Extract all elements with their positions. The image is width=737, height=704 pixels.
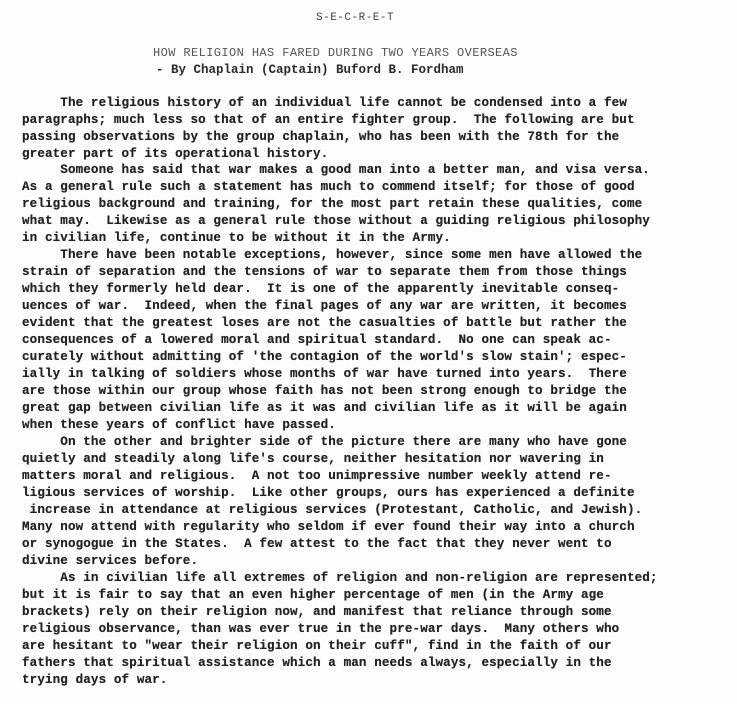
text-line: divine services before. [22,554,198,568]
text-line: in civilian life, continue to be without… [22,231,451,245]
text-line: trying days of war. [22,673,168,687]
text-line: As a general rule such a statement has m… [22,180,635,194]
text-line: evident that the greatest loses are not … [22,316,627,330]
text-line: Many now attend with regularity who seld… [22,520,635,534]
text-line: curately without admitting of 'the conta… [22,350,627,364]
text-line: are those within our group whose faith h… [22,384,627,398]
text-line: brackets) rely on their religion now, an… [22,605,612,619]
classification-header: S-E-C-R-E-T [316,12,394,24]
text-line: greater part of its operational history. [22,147,328,161]
text-line: fathers that spiritual assistance which … [22,656,612,670]
text-line: religious background and training, for t… [22,197,642,211]
text-line: As in civilian life all extremes of reli… [22,571,658,585]
text-line: consequences of a lowered moral and spir… [22,333,612,347]
text-line: passing observations by the group chapla… [22,130,619,144]
text-line: ially in talking of soldiers whose month… [22,367,627,381]
text-line: which they formerly held dear. It is one… [22,282,619,296]
text-line: quietly and steadily along life's course… [22,452,604,466]
text-line: Someone has said that war makes a good m… [22,163,650,177]
text-line: when these years of conflict have passed… [22,418,336,432]
document-title: HOW RELIGION HAS FARED DURING TWO YEARS … [153,46,518,60]
text-line: strain of separation and the tensions of… [22,265,627,279]
document-page: S-E-C-R-E-T HOW RELIGION HAS FARED DURIN… [0,0,737,704]
text-line: are hesitant to "wear their religion on … [22,639,612,653]
text-line: ligious services of worship. Like other … [22,486,635,500]
text-line: what may. Likewise as a general rule tho… [22,214,650,228]
text-line: religious observance, than was ever true… [22,622,619,636]
text-line: or synogogue in the States. A few attest… [22,537,612,551]
text-line: but it is fair to say that an even highe… [22,588,604,602]
text-line: The religious history of an individual l… [22,96,627,110]
text-line: great gap between civilian life as it wa… [22,401,627,415]
text-line: On the other and brighter side of the pi… [22,435,627,449]
text-line: increase in attendance at religious serv… [22,503,642,517]
text-line: matters moral and religious. A not too u… [22,469,612,483]
document-byline: - By Chaplain (Captain) Buford B. Fordha… [156,63,464,77]
text-line: paragraphs; much less so that of an enti… [22,113,635,127]
text-line: There have been notable exceptions, howe… [22,248,642,262]
text-line: uences of war. Indeed, when the final pa… [22,299,627,313]
